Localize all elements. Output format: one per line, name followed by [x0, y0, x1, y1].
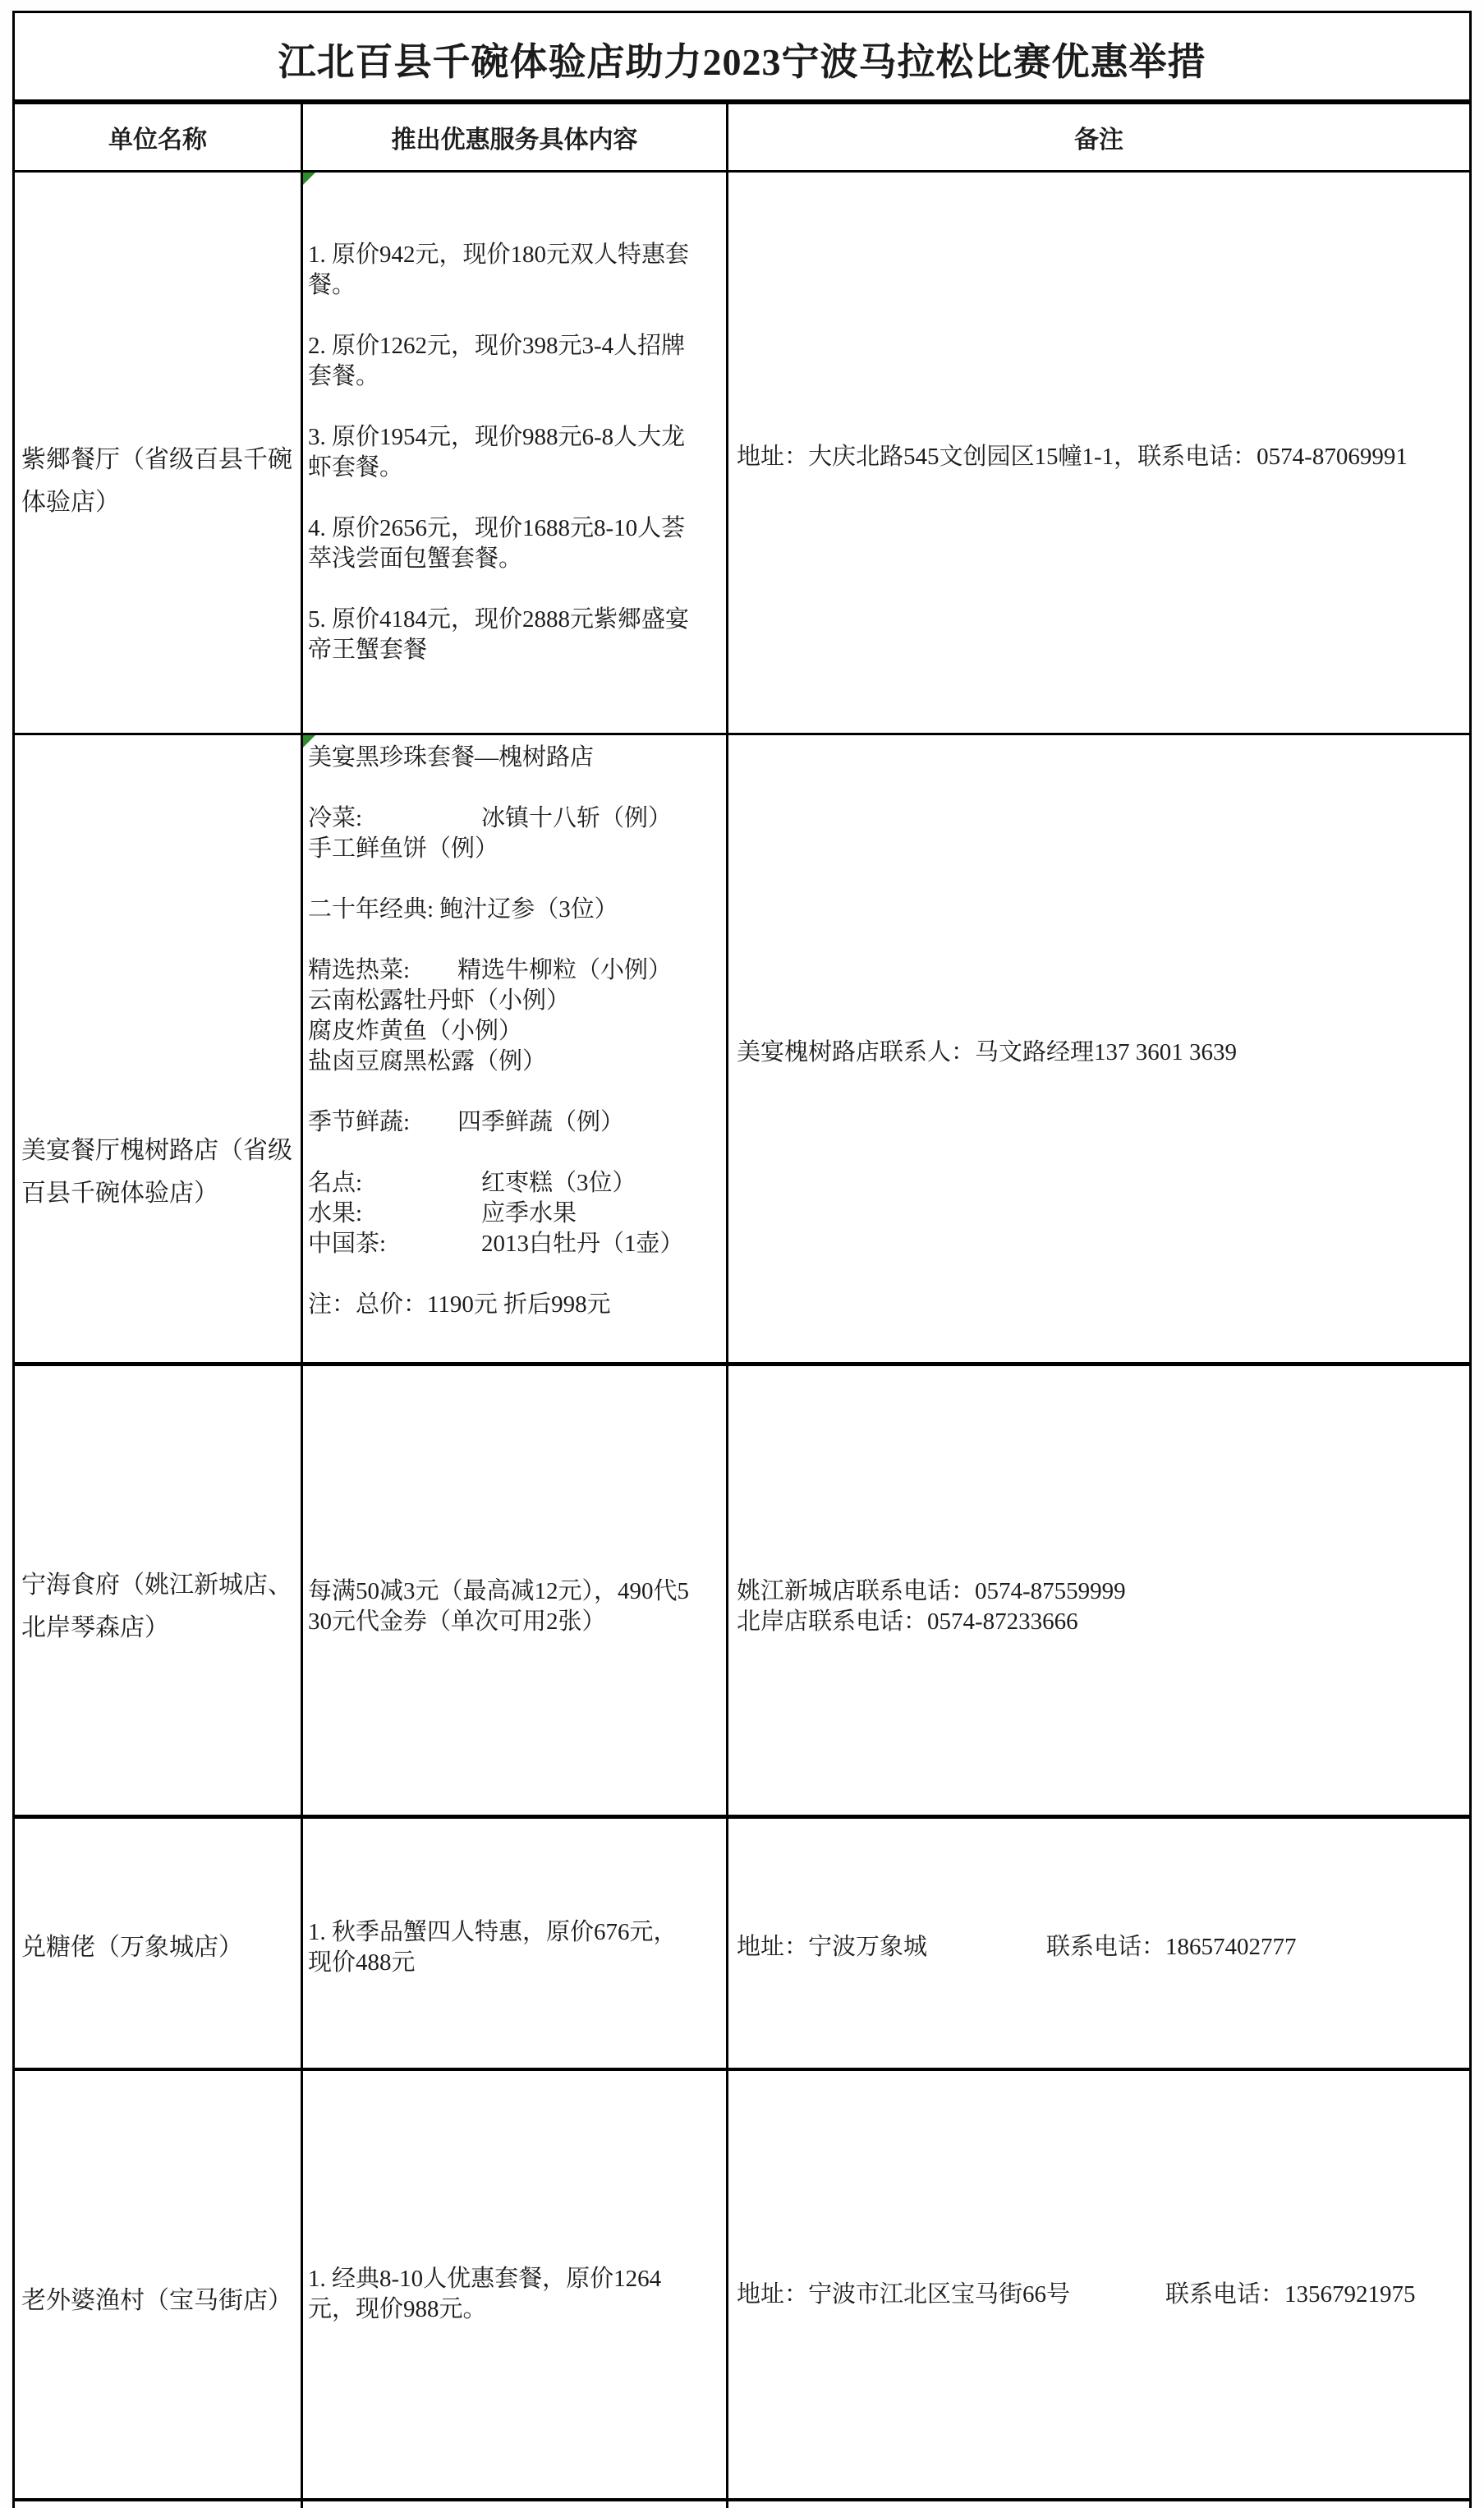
remark-cell: 地址：宁波万象城 联系电话：18657402777 [728, 1819, 1469, 2068]
title-row: 江北百县千碗体验店助力2023宁波马拉松比赛优惠举措 [15, 13, 1469, 104]
text-line [308, 773, 700, 803]
text-line: 5. 原价4184元，现价2888元紫郷盛宴帝王蟹套餐 [308, 605, 700, 665]
text-line: 冷菜: 冰镇十八斩（例） [308, 803, 700, 834]
header-remark-label: 备注 [1074, 119, 1123, 155]
text-line: 1. 经典8-10人优惠套餐，原价1264元，现价988元。 [308, 2264, 700, 2325]
table-row: 宁海食府（姚江新城店、北岸琴森店） 每满50减3元（最高减12元），490代53… [15, 1366, 1469, 1819]
text-line [308, 1077, 700, 1107]
text-line: 地址：大庆北路545文创园区15幢1-1，联系电话：0574-87069991 [737, 442, 1461, 472]
text-line [308, 925, 700, 955]
text-line: 美宴槐树路店联系人：马文路经理137 3601 3639 [737, 1038, 1461, 1068]
text-line [308, 301, 700, 331]
text-line: 4. 原价2656元，现价1688元8-10人荟萃浅尝面包蟹套餐。 [308, 513, 700, 574]
remark-text: 姚江新城店联系电话：0574-87559999北岸店联系电话：0574-8723… [737, 1576, 1461, 1637]
text-line [308, 483, 700, 513]
content-text: 1. 经典8-10人优惠套餐，原价1264元，现价988元。 [308, 2264, 700, 2325]
content-cell: 每满50减3元（最高减12元），490代530元代金券（单次可用2张） [303, 1366, 728, 1815]
cutoff-row [15, 2501, 1469, 2508]
remark-text: 地址：宁波万象城 联系电话：18657402777 [737, 1932, 1461, 1963]
text-line: 1. 秋季品蟹四人特惠，原价676元，现价488元 [308, 1917, 700, 1978]
table-row: 紫郷餐厅（省级百县千碗体验店） 1. 原价942元，现价180元双人特惠套餐。 … [15, 173, 1469, 735]
text-line: 名点: 红枣糕（3位） [308, 1168, 700, 1199]
header-cell-unit: 单位名称 [15, 104, 303, 170]
remark-text: 美宴槐树路店联系人：马文路经理137 3601 3639 [737, 1038, 1461, 1068]
text-line [308, 392, 700, 422]
text-line: 水果: 应季水果 [308, 1199, 700, 1229]
remark-cell: 姚江新城店联系电话：0574-87559999北岸店联系电话：0574-8723… [728, 1366, 1469, 1815]
header-cell-remark: 备注 [728, 104, 1469, 170]
remark-cell: 地址：大庆北路545文创园区15幢1-1，联系电话：0574-87069991 [728, 173, 1469, 733]
text-line [308, 1259, 700, 1290]
text-line: 北岸店联系电话：0574-87233666 [737, 1607, 1461, 1637]
remark-text: 地址：大庆北路545文创园区15幢1-1，联系电话：0574-87069991 [737, 442, 1461, 472]
text-line: 季节鲜蔬: 四季鲜蔬（例） [308, 1107, 700, 1138]
content-text: 1. 原价942元，现价180元双人特惠套餐。 2. 原价1262元，现价398… [308, 240, 700, 665]
text-line: 云南松露牡丹虾（小例） [308, 986, 700, 1016]
unit-cell: 老外婆渔村（宝马街店） [15, 2071, 303, 2498]
text-line: 腐皮炸黄鱼（小例） [308, 1016, 700, 1047]
text-line: 每满50减3元（最高减12元），490代530元代金券（单次可用2张） [308, 1576, 700, 1637]
text-line [308, 1138, 700, 1168]
text-line: 盐卤豆腐黑松露（例） [308, 1047, 700, 1077]
content-cell: 1. 经典8-10人优惠套餐，原价1264元，现价988元。 [303, 2071, 728, 2498]
promo-table: 江北百县千碗体验店助力2023宁波马拉松比赛优惠举措 单位名称 推出优惠服务具体… [12, 11, 1472, 2508]
green-triangle-icon [303, 735, 315, 748]
text-line: 地址：宁波万象城 联系电话：18657402777 [737, 1932, 1461, 1963]
unit-name: 宁海食府（姚江新城店、北岸琴森店） [21, 1564, 297, 1650]
header-row: 单位名称 推出优惠服务具体内容 备注 [15, 104, 1469, 173]
table-row: 兑糖佬（万象城店） 1. 秋季品蟹四人特惠，原价676元，现价488元 地址：宁… [15, 1819, 1469, 2071]
unit-cell: 宁海食府（姚江新城店、北岸琴森店） [15, 1366, 303, 1815]
column-divider [303, 2501, 728, 2508]
remark-text: 地址：宁波市江北区宝马街66号 联系电话：13567921975 [737, 2280, 1461, 2310]
unit-name: 紫郷餐厅（省级百县千碗体验店） [21, 439, 297, 524]
text-line: 注：总价：1190元 折后998元 [308, 1290, 700, 1320]
text-line: 3. 原价1954元，现价988元6-8人大龙虾套餐。 [308, 422, 700, 483]
text-line: 1. 原价942元，现价180元双人特惠套餐。 [308, 240, 700, 301]
column-divider [15, 2501, 303, 2508]
content-cell: 1. 秋季品蟹四人特惠，原价676元，现价488元 [303, 1819, 728, 2068]
text-line [308, 574, 700, 605]
text-line: 美宴黑珍珠套餐—槐树路店 [308, 743, 700, 773]
remark-cell: 美宴槐树路店联系人：马文路经理137 3601 3639 [728, 735, 1469, 1362]
text-line: 中国茶: 2013白牡丹（1壶） [308, 1229, 700, 1259]
table-row: 老外婆渔村（宝马街店） 1. 经典8-10人优惠套餐，原价1264元，现价988… [15, 2071, 1469, 2501]
content-text: 美宴黑珍珠套餐—槐树路店 冷菜: 冰镇十八斩（例）手工鲜鱼饼（例） 二十年经典:… [308, 743, 700, 1320]
header-content-label: 推出优惠服务具体内容 [392, 119, 638, 155]
unit-name: 兑糖佬（万象城店） [21, 1926, 297, 1969]
page-title: 江北百县千碗体验店助力2023宁波马拉松比赛优惠举措 [278, 27, 1206, 86]
text-line: 手工鲜鱼饼（例） [308, 834, 700, 864]
unit-cell: 美宴餐厅槐树路店（省级百县千碗体验店） [15, 735, 303, 1362]
table-row: 美宴餐厅槐树路店（省级百县千碗体验店） 美宴黑珍珠套餐—槐树路店 冷菜: 冰镇十… [15, 735, 1469, 1366]
green-triangle-icon [303, 173, 315, 185]
text-line: 地址：宁波市江北区宝马街66号 联系电话：13567921975 [737, 2280, 1461, 2310]
content-cell: 美宴黑珍珠套餐—槐树路店 冷菜: 冰镇十八斩（例）手工鲜鱼饼（例） 二十年经典:… [303, 735, 728, 1362]
unit-cell: 兑糖佬（万象城店） [15, 1819, 303, 2068]
content-text: 每满50减3元（最高减12元），490代530元代金券（单次可用2张） [308, 1576, 700, 1637]
text-line [308, 864, 700, 895]
unit-cell: 紫郷餐厅（省级百县千碗体验店） [15, 173, 303, 733]
document-sheet: 江北百县千碗体验店助力2023宁波马拉松比赛优惠举措 单位名称 推出优惠服务具体… [0, 0, 1484, 2508]
text-line: 2. 原价1262元，现价398元3-4人招牌套餐。 [308, 331, 700, 392]
content-text: 1. 秋季品蟹四人特惠，原价676元，现价488元 [308, 1917, 700, 1978]
header-unit-label: 单位名称 [108, 119, 207, 155]
text-line: 精选热菜: 精选牛柳粒（小例） [308, 955, 700, 986]
remark-cell: 地址：宁波市江北区宝马街66号 联系电话：13567921975 [728, 2071, 1469, 2498]
text-line: 姚江新城店联系电话：0574-87559999 [737, 1576, 1461, 1607]
unit-name: 老外婆渔村（宝马街店） [21, 2280, 297, 2322]
unit-name: 美宴餐厅槐树路店（省级百县千碗体验店） [21, 1130, 297, 1215]
text-line: 二十年经典: 鲍汁辽参（3位） [308, 895, 700, 925]
header-cell-content: 推出优惠服务具体内容 [303, 104, 728, 170]
content-cell: 1. 原价942元，现价180元双人特惠套餐。 2. 原价1262元，现价398… [303, 173, 728, 733]
